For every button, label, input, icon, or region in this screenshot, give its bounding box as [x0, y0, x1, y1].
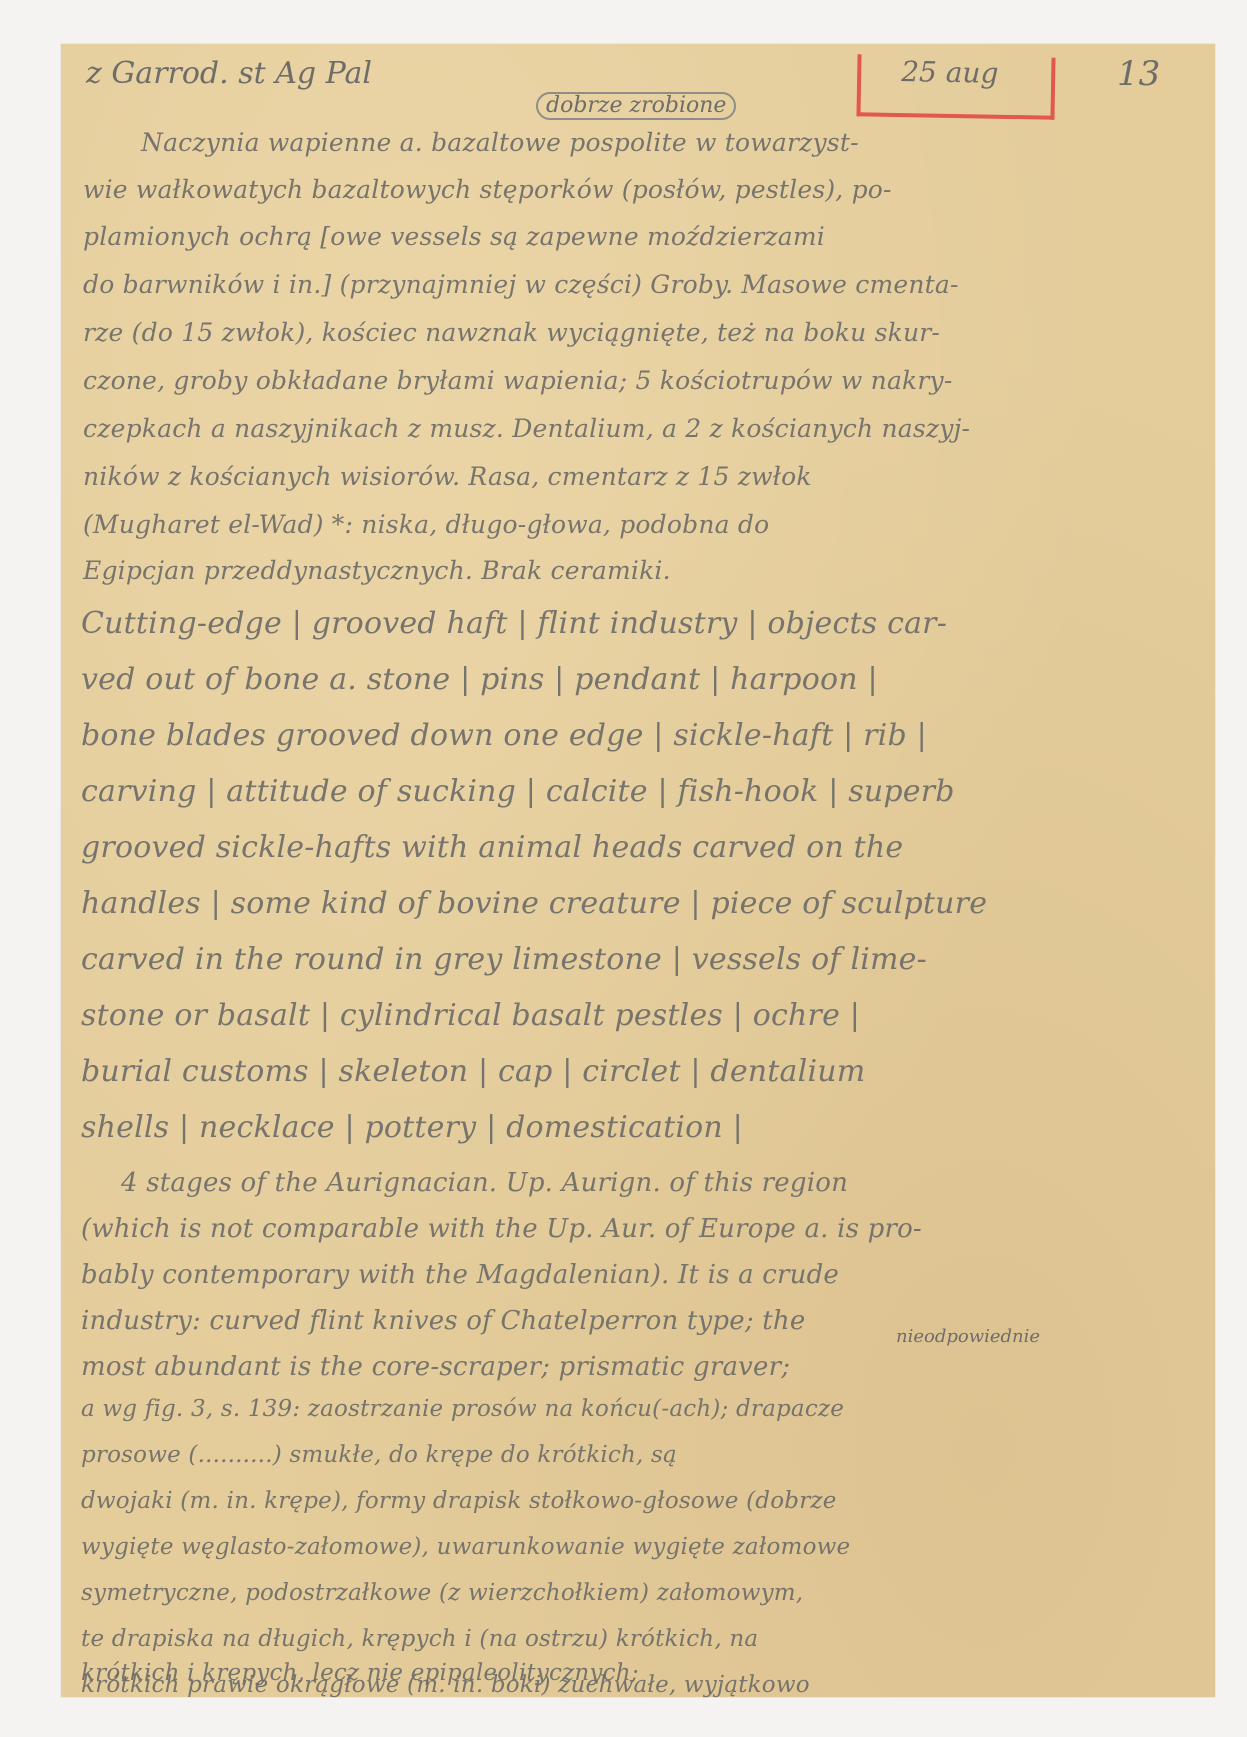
source-reference-text: z Garrod. st Ag Pal — [86, 56, 372, 91]
vocab-line-9: burial customs | skeleton | cap | circle… — [81, 1054, 865, 1089]
vocab-line-1: Cutting-edge | grooved haft | flint indu… — [81, 606, 947, 641]
vocab-line-4: carving | attitude of sucking | calcite … — [81, 774, 955, 809]
date-box: 25 aug — [856, 54, 1055, 119]
note-line-2: wie wałkowatych bazaltowych stęporków (p… — [83, 175, 892, 204]
aurignacian-line-6: a wg fig. 3, s. 139: zaostrzanie prosów … — [81, 1396, 844, 1422]
aurignacian-line-13: krótkich i krępych, lecz nie epipaleolit… — [81, 1660, 639, 1686]
aurignacian-line-10: symetryczne, podostrzałkowe (z wierzchoł… — [81, 1580, 803, 1606]
vocab-line-8: stone or basalt | cylindrical basalt pes… — [81, 998, 860, 1033]
aurignacian-line-4: industry: curved flint knives of Chatelp… — [81, 1306, 805, 1336]
margin-note-circled: dobrze zrobione — [536, 92, 736, 120]
note-line-5: rze (do 15 zwłok), kościec nawznak wycią… — [83, 318, 940, 347]
note-line-9: (Mugharet el-Wad) *: niska, długo-głowa,… — [83, 510, 769, 539]
aurignacian-line-7: prosowe (..........) smukłe, do krępe do… — [81, 1442, 677, 1468]
vocab-line-7: carved in the round in grey limestone | … — [81, 942, 927, 977]
note-line-3: plamionych ochrą [owe vessels są zapewne… — [83, 222, 825, 251]
note-line-6: czone, groby obkładane bryłami wapienia;… — [83, 366, 953, 395]
aurignacian-line-11: te drapiska na długich, krępych i (na os… — [81, 1626, 758, 1652]
aurignacian-line-1: 4 stages of the Aurignacian. Up. Aurign.… — [121, 1168, 848, 1198]
source-reference: z Garrod. st Ag Pal — [86, 56, 372, 91]
vocab-line-6: handles | some kind of bovine creature |… — [81, 886, 987, 921]
aurignacian-line-3: bably contemporary with the Magdalenian)… — [81, 1260, 839, 1290]
vocab-line-3: bone blades grooved down one edge | sick… — [81, 718, 927, 753]
aurignacian-line-9: wygięte węglasto-załomowe), uwarunkowani… — [81, 1534, 850, 1560]
vocab-line-5: grooved sickle-hafts with animal heads c… — [81, 830, 903, 865]
aurignacian-line-2: (which is not comparable with the Up. Au… — [81, 1214, 922, 1244]
vocab-line-10: shells | necklace | pottery | domesticat… — [81, 1110, 743, 1145]
page-number: 13 — [1117, 54, 1160, 94]
date-text: 25 aug — [901, 55, 999, 90]
manuscript-page: z Garrod. st Ag Pal 25 aug 13 dobrze zro… — [61, 44, 1215, 1697]
vocab-line-2: ved out of bone a. stone | pins | pendan… — [81, 662, 878, 697]
note-line-7: czepkach a naszyjnikach z musz. Dentaliu… — [83, 414, 970, 443]
aurignacian-line-5: most abundant is the core-scraper; prism… — [81, 1352, 790, 1382]
note-line-10: Egipcjan przeddynastycznych. Brak cerami… — [83, 556, 671, 585]
note-line-4: do barwników i in.] (przynajmniej w częś… — [83, 270, 959, 299]
insert-note-above: nieodpowiednie — [896, 1326, 1040, 1347]
aurignacian-line-8: dwojaki (m. in. krępe), formy drapisk st… — [81, 1488, 837, 1514]
note-line-1: Naczynia wapienne a. bazaltowe pospolite… — [141, 128, 859, 157]
note-line-8: ników z kościanych wisiorów. Rasa, cment… — [83, 462, 812, 491]
